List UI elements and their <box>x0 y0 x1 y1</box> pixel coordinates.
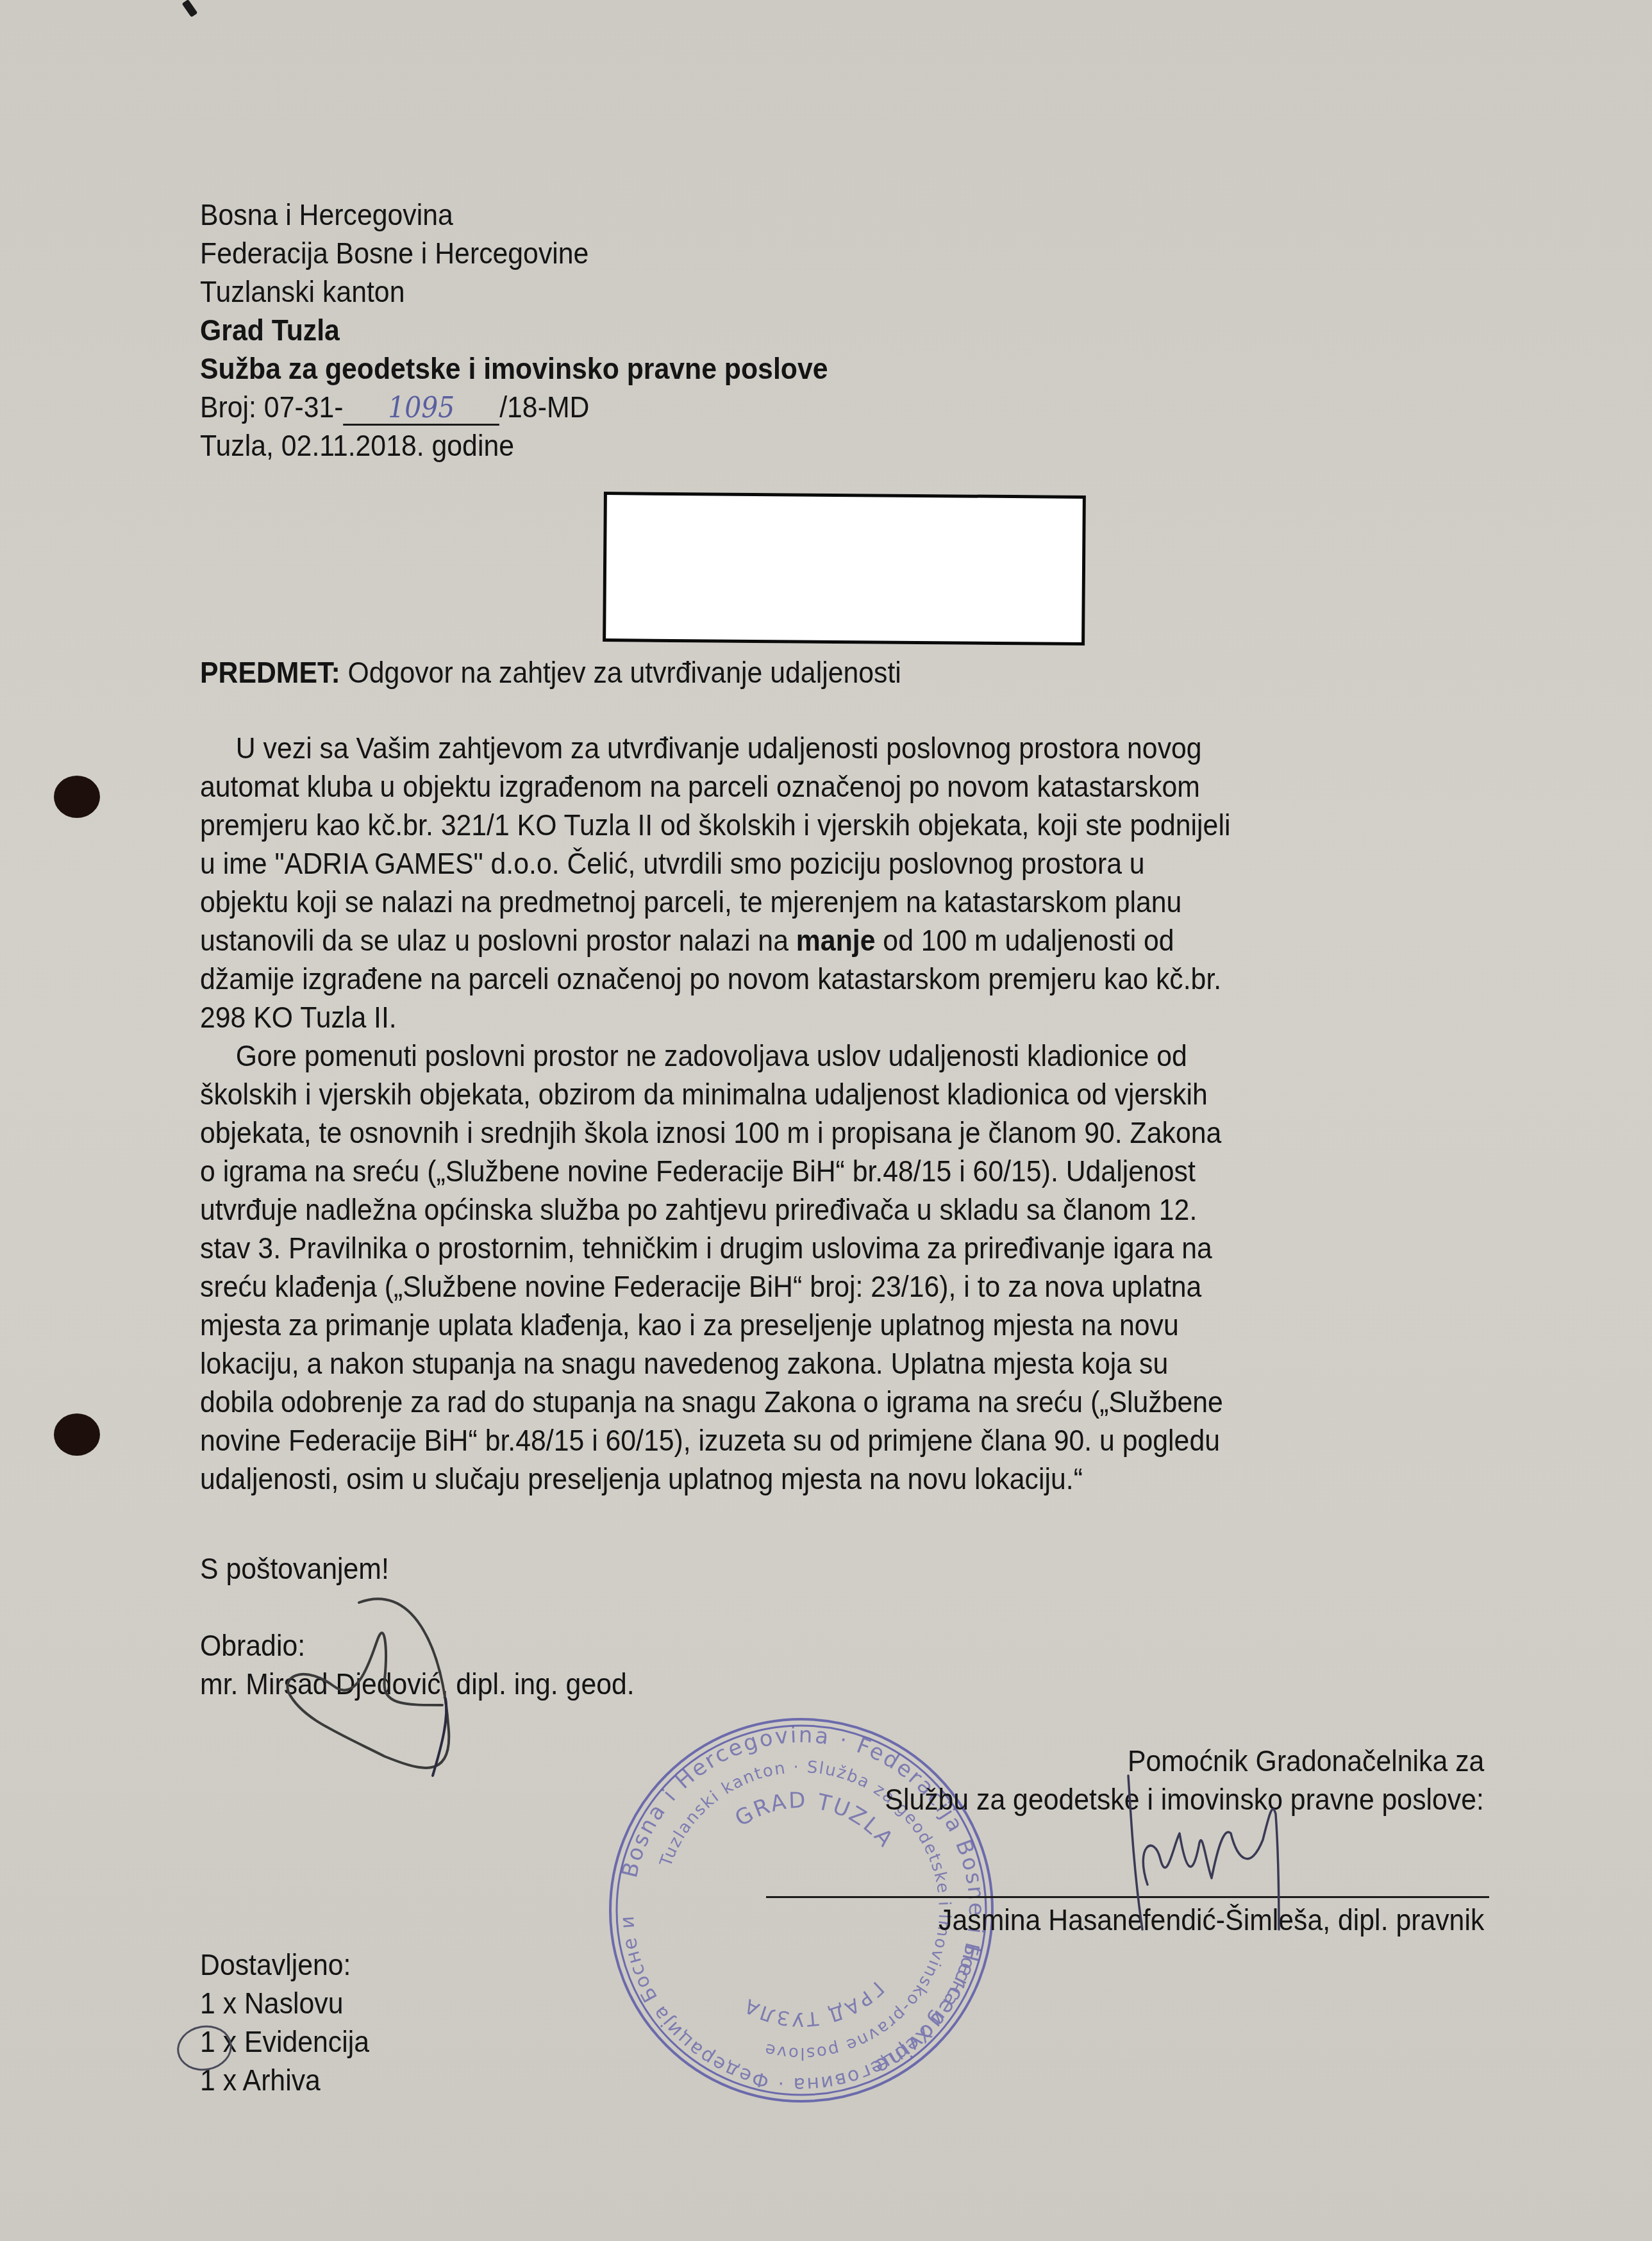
prepared-by-name: mr. Mirsad Djedović, dipl. ing. geod. <box>200 1665 635 1703</box>
body-line: utvrđuje nadležna općinska služba po zah… <box>200 1191 1405 1229</box>
header-country: Bosna i Hercegovina <box>200 196 828 235</box>
body-text: od 100 m udaljenosti od <box>875 924 1174 957</box>
body-line: udaljenosti, osim u slučaju preseljenja … <box>200 1460 1405 1499</box>
body-line: U vezi sa Vašim zahtjevom za utvrđivanje… <box>200 729 1405 768</box>
body-line: mjesta za primanje uplata klađenja, kao … <box>200 1306 1405 1345</box>
reference-handwritten-number: 1095 <box>344 393 500 426</box>
body-line: automat kluba u objektu izgrađenom na pa… <box>200 768 1405 806</box>
punch-hole-icon <box>54 776 100 818</box>
body-line-emphasis: ustanovili da se ulaz u poslovni prostor… <box>200 922 1405 960</box>
signatory-name: Jasmina Hasanefendić-Šimleša, dipl. prav… <box>939 1901 1484 1938</box>
distribution-item: 1 x Arhiva <box>200 2062 321 2099</box>
distribution-item: 1 x Naslovu <box>200 1985 344 2022</box>
reference-prefix: Broj: 07-31- <box>200 390 344 424</box>
header-federation: Federacija Bosne i Hercegovine <box>200 235 828 273</box>
subject-label: PREDMET: <box>200 656 340 689</box>
punch-hole-icon <box>54 1413 100 1456</box>
distribution-label: Dostavljeno: <box>200 1946 351 1983</box>
reference-suffix: /18-MD <box>499 390 589 424</box>
signatory-title-line-1: Pomoćnik Gradonačelnika za <box>1128 1742 1484 1779</box>
emphasis-manje: manje <box>796 924 876 957</box>
body-line: novine Federacije BiH“ br.48/15 i 60/15)… <box>200 1422 1405 1460</box>
body-line: u ime "ADRIA GAMES" d.o.o. Čelić, utvrdi… <box>200 845 1405 883</box>
body-line: 298 KO Tuzla II. <box>200 999 1405 1037</box>
body-line: premjeru kao kč.br. 321/1 KO Tuzla II od… <box>200 806 1405 845</box>
body-line: o igrama na sreću („Službene novine Fede… <box>200 1153 1405 1191</box>
body-line: Gore pomenuti poslovni prostor ne zadovo… <box>200 1037 1405 1076</box>
subject-text: Odgovor na zahtjev za utvrđivanje udalje… <box>340 656 901 689</box>
body-paragraph-2: Gore pomenuti poslovni prostor ne zadovo… <box>200 1037 1495 1499</box>
body-line: školskih i vjerskih objekata, obzirom da… <box>200 1076 1405 1114</box>
signatory-title-line-2: Službu za geodetske i imovinsko pravne p… <box>885 1781 1484 1818</box>
place-date: Tuzla, 02.11.2018. godine <box>200 427 828 465</box>
body-line: dobila odobrenje za rad do stupanja na s… <box>200 1383 1405 1422</box>
reference-number: Broj: 07-31-1095/18-MD <box>200 388 828 427</box>
header-canton: Tuzlanski kanton <box>200 273 828 312</box>
header-city: Grad Tuzla <box>200 312 828 350</box>
body-line: sreću klađenja („Službene novine Federac… <box>200 1268 1405 1306</box>
closing-greeting: S poštovanjem! <box>200 1550 389 1587</box>
body-paragraph-1: U vezi sa Vašim zahtjevom za utvrđivanje… <box>200 729 1495 1037</box>
signature-line <box>766 1896 1489 1898</box>
body-line: lokaciju, a nakon stupanja na snagu nave… <box>200 1345 1405 1383</box>
body-line: džamije izgrađene na parceli označenoj p… <box>200 960 1405 999</box>
body-line: objekata, te osnovnih i srednjih škola i… <box>200 1114 1405 1153</box>
subject-line: PREDMET: Odgovor na zahtjev za utvrđivan… <box>200 654 901 691</box>
letterhead: Bosna i Hercegovina Federacija Bosne i H… <box>0 196 675 465</box>
header-service: Sužba za geodetske i imovinsko pravne po… <box>200 350 828 388</box>
body-line: stav 3. Pravilnika o prostornim, tehničk… <box>200 1229 1405 1268</box>
prepared-by-label: Obradio: <box>200 1627 305 1664</box>
body-text: ustanovili da se ulaz u poslovni prostor… <box>200 924 796 957</box>
redacted-recipient-box <box>603 492 1086 646</box>
svg-text:ГРАД ТУЗЛА: ГРАД ТУЗЛА <box>740 1977 889 2030</box>
body-line: objektu koji se nalazi na predmetnoj par… <box>200 883 1405 922</box>
